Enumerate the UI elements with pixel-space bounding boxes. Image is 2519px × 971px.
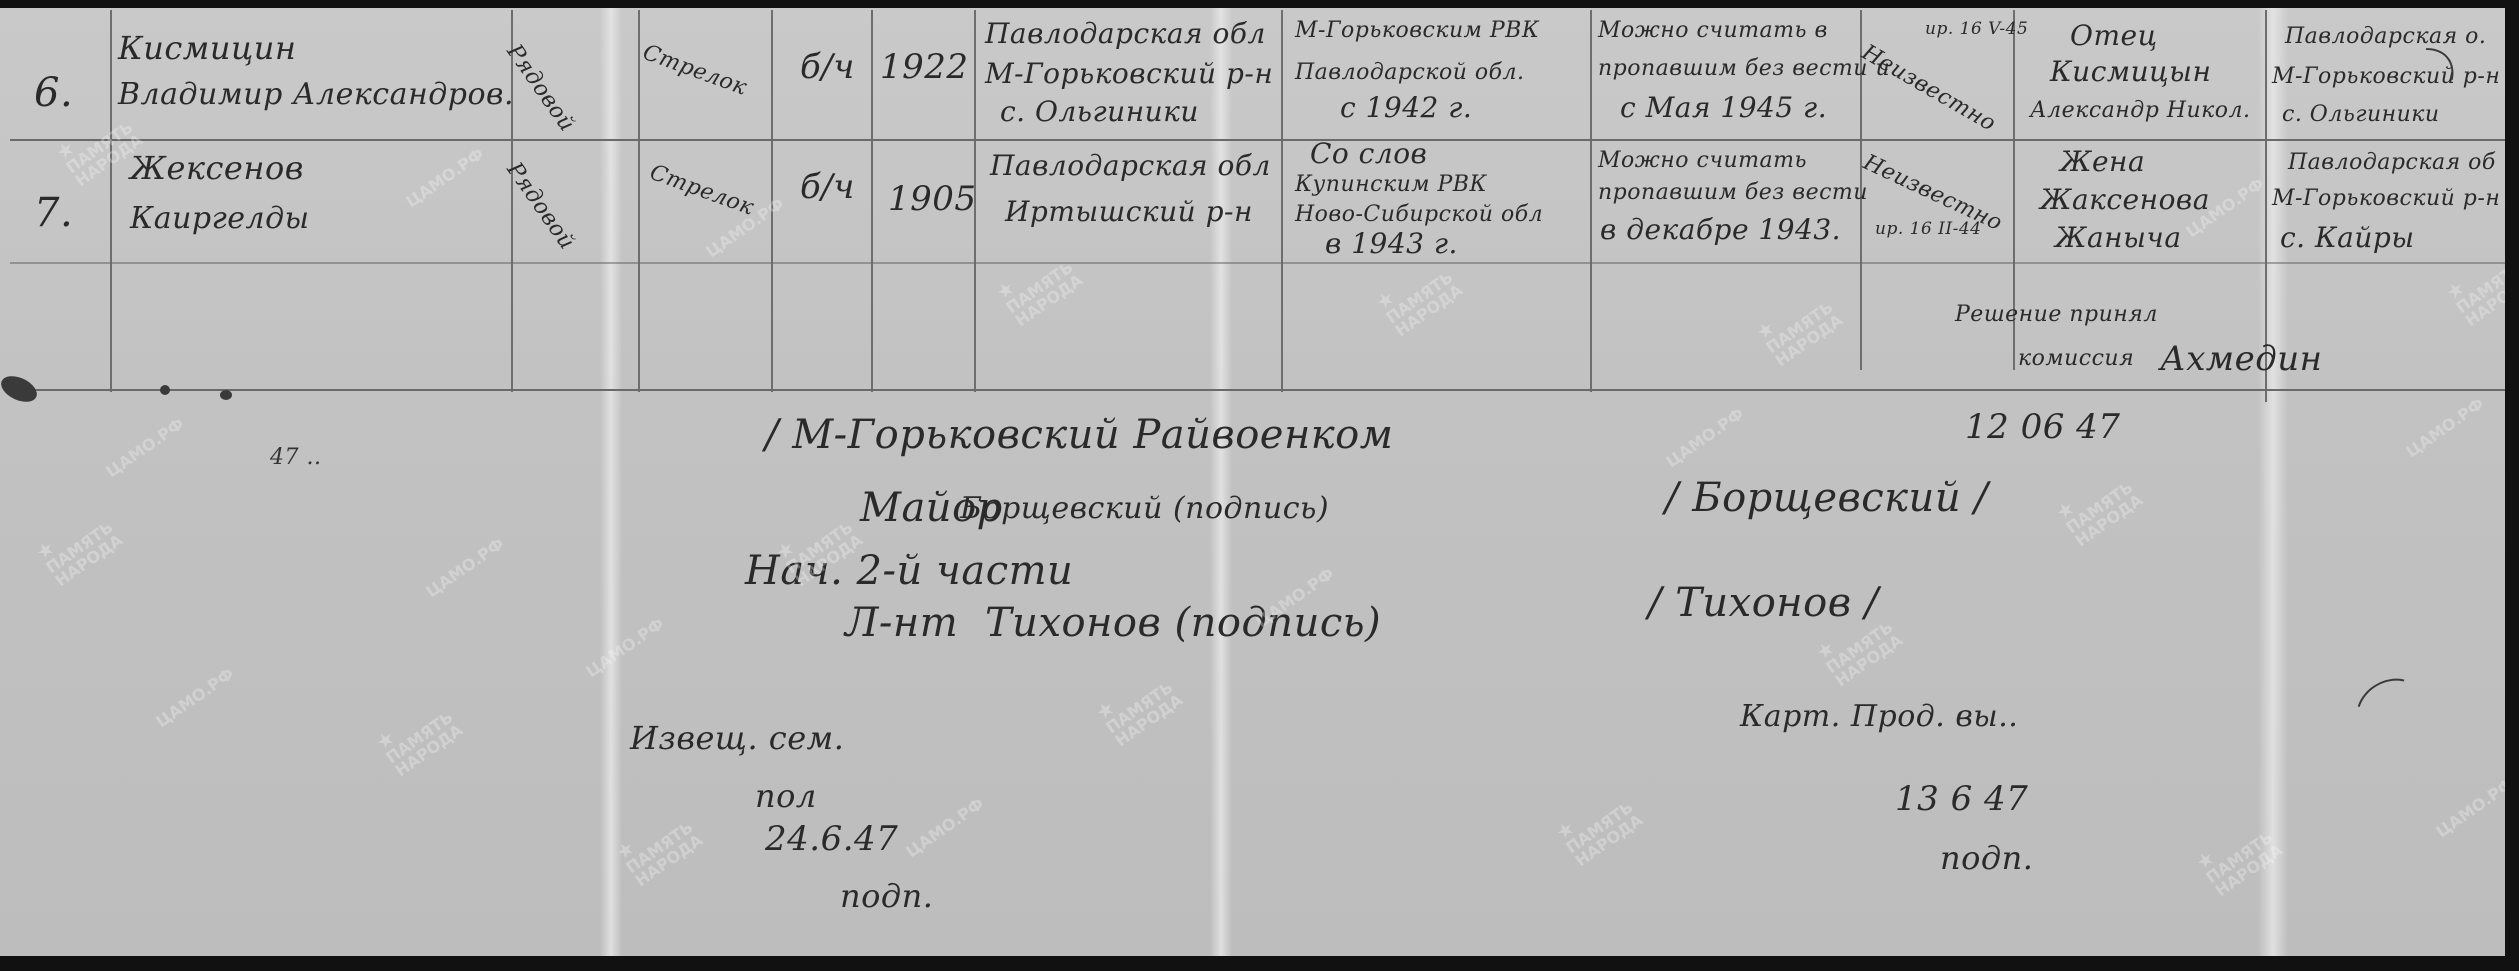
rank-lieutenant: Л-нт <box>845 600 958 646</box>
unit-ref: б/ч <box>800 168 855 207</box>
surname: Кисмицин <box>118 30 296 67</box>
unknown-annotation: ир. 16 V-45 <box>1925 20 2028 40</box>
note-date: 12 06 47 <box>1965 408 2120 447</box>
unit-ref: б/ч <box>800 48 855 87</box>
given-names: Каиргелды <box>130 202 310 237</box>
birth-year: 1922 <box>880 48 969 87</box>
row-number: 6. <box>34 70 73 116</box>
paper-fold <box>600 8 622 958</box>
given-names: Владимир Александров. <box>118 78 514 113</box>
ink-stain <box>160 385 170 395</box>
left-mark: 47 .. <box>270 445 321 470</box>
row-number: 7. <box>34 190 73 236</box>
signature-major: Борщевский (подпись) <box>960 492 1329 527</box>
birth-year: 1905 <box>888 180 977 219</box>
signature-lieutenant: Тихонов (подпись) <box>985 600 1381 646</box>
ink-stain <box>220 390 232 400</box>
name-lieutenant: / Тихонов / <box>1648 580 1879 626</box>
signature: Ахмедин <box>2160 340 2323 379</box>
unknown-annotation: ир. 16 II-44 <box>1875 220 1981 240</box>
scan-border-right <box>2505 0 2519 971</box>
office-title: / М-Горьковский Райвоенком <box>765 412 1393 458</box>
scan-border-bottom <box>0 956 2519 971</box>
name-major: / Борщевский / <box>1665 475 1988 521</box>
surname: Жексенов <box>130 150 304 187</box>
paper-fold <box>2258 8 2288 958</box>
